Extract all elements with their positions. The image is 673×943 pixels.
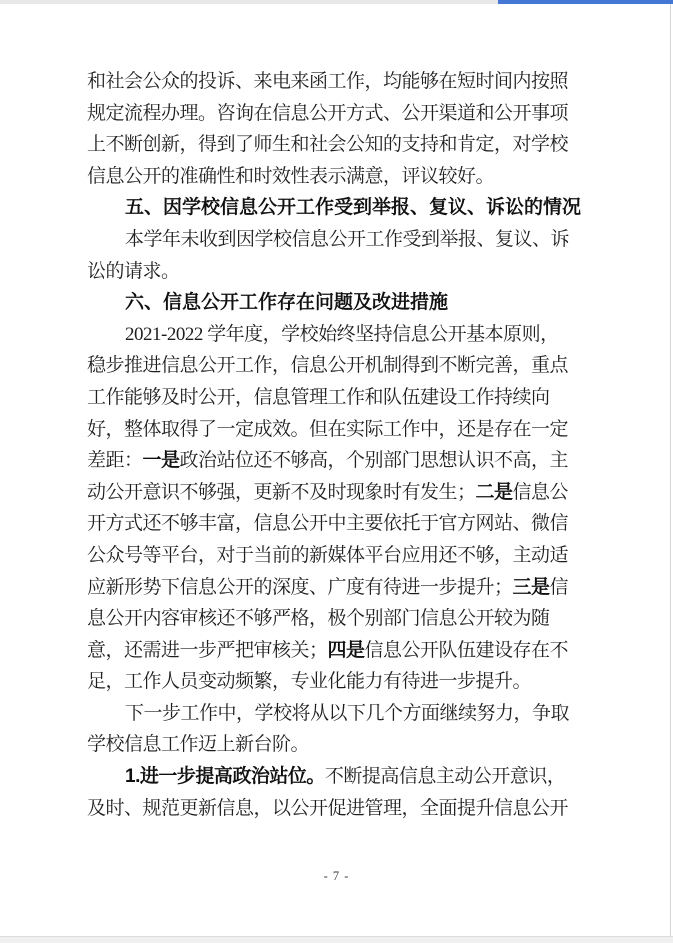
bold-text-run: 六、信息公开工作存在问题及改进措施 bbox=[125, 292, 448, 313]
viewer-bottom-strip bbox=[0, 936, 673, 943]
text-run: 学校信息工作迈上新台阶。 bbox=[87, 734, 309, 755]
text-run: 规定流程办理。咨询在信息公开方式、公开渠道和公开事项 bbox=[87, 103, 568, 124]
text-run: 信 bbox=[550, 577, 569, 598]
text-run: 开方式还不够丰富，信息公开中主要依托于官方网站、微信 bbox=[87, 513, 568, 534]
text-run: 信息公 bbox=[513, 482, 569, 503]
text-line: 2021-2022 学年度，学校始终坚持信息公开基本原则， bbox=[87, 319, 603, 351]
text-run: 2021-2022 学年度，学校始终坚持信息公开基本原则， bbox=[125, 324, 559, 345]
top-divider-track bbox=[0, 0, 498, 4]
text-run: 和社会公众的投诉、来电来函工作，均能够在短时间内按照 bbox=[87, 71, 568, 92]
text-line: 稳步推进信息公开工作，信息公开机制得到不断完善，重点 bbox=[87, 350, 603, 382]
text-run: 公众号等平台，对于当前的新媒体平台应用还不够，主动适 bbox=[87, 545, 568, 566]
text-line: 讼的请求。 bbox=[87, 256, 603, 288]
text-line: 信息公开的准确性和时效性表示满意，评议较好。 bbox=[87, 161, 603, 193]
text-line: 公众号等平台，对于当前的新媒体平台应用还不够，主动适 bbox=[87, 540, 603, 572]
text-line: 学校信息工作迈上新台阶。 bbox=[87, 729, 603, 761]
text-line: 规定流程办理。咨询在信息公开方式、公开渠道和公开事项 bbox=[87, 98, 603, 130]
text-run: 好，整体取得了一定成效。但在实际工作中，还是存在一定 bbox=[87, 419, 568, 440]
text-line: 上不断创新，得到了师生和社会公知的支持和肯定，对学校 bbox=[87, 129, 603, 161]
text-run: 工作能够及时公开，信息管理工作和队伍建设工作持续向 bbox=[87, 387, 550, 408]
text-line: 意，还需进一步严把审核关；四是信息公开队伍建设存在不 bbox=[87, 635, 603, 667]
bold-text-run: 1.进一步提高政治站位。 bbox=[125, 766, 325, 787]
text-line: 本学年未收到因学校信息公开工作受到举报、复议、诉 bbox=[87, 224, 603, 256]
document-body: 和社会公众的投诉、来电来函工作，均能够在短时间内按照规定流程办理。咨询在信息公开… bbox=[87, 66, 603, 824]
text-line: 足，工作人员变动频繁，专业化能力有待进一步提升。 bbox=[87, 666, 603, 698]
text-run: 及时、规范更新信息，以公开促进管理，全面提升信息公开 bbox=[87, 798, 568, 819]
text-line: 动公开意识不够强，更新不及时现象时有发生；二是信息公 bbox=[87, 477, 603, 509]
text-run: 息公开内容审核还不够严格，极个别部门信息公开较为随 bbox=[87, 608, 550, 629]
bold-text-run: 五、因学校信息公开工作受到举报、复议、诉讼的情况 bbox=[125, 197, 581, 218]
text-line: 及时、规范更新信息，以公开促进管理，全面提升信息公开 bbox=[87, 793, 603, 825]
text-run: 应新形势下信息公开的深度、广度有待进一步提升； bbox=[87, 577, 513, 598]
top-divider-progress bbox=[498, 0, 673, 4]
text-line: 息公开内容审核还不够严格，极个别部门信息公开较为随 bbox=[87, 603, 603, 635]
text-line: 差距：一是政治站位还不够高，个别部门思想认识不高，主 bbox=[87, 445, 603, 477]
text-run: 上不断创新，得到了师生和社会公知的支持和肯定，对学校 bbox=[87, 134, 568, 155]
text-run: 差距： bbox=[87, 450, 143, 471]
bold-text-run: 三是 bbox=[513, 577, 550, 598]
text-run: 本学年未收到因学校信息公开工作受到举报、复议、诉 bbox=[125, 229, 569, 250]
text-line: 开方式还不够丰富，信息公开中主要依托于官方网站、微信 bbox=[87, 508, 603, 540]
section-heading: 五、因学校信息公开工作受到举报、复议、诉讼的情况 bbox=[87, 192, 603, 224]
text-run: 政治站位还不够高，个别部门思想认识不高，主 bbox=[180, 450, 569, 471]
section-heading: 六、信息公开工作存在问题及改进措施 bbox=[87, 287, 603, 319]
text-run: 不断提高信息主动公开意识， bbox=[325, 766, 566, 787]
text-run: 足，工作人员变动频繁，专业化能力有待进一步提升。 bbox=[87, 671, 531, 692]
text-line: 和社会公众的投诉、来电来函工作，均能够在短时间内按照 bbox=[87, 66, 603, 98]
text-run: 信息公开的准确性和时效性表示满意，评议较好。 bbox=[87, 166, 494, 187]
text-line: 工作能够及时公开，信息管理工作和队伍建设工作持续向 bbox=[87, 382, 603, 414]
page-number: - 7 - bbox=[0, 869, 673, 884]
text-line: 1.进一步提高政治站位。不断提高信息主动公开意识， bbox=[87, 761, 603, 793]
page-right-edge bbox=[670, 4, 671, 943]
text-run: 下一步工作中，学校将从以下几个方面继续努力，争取 bbox=[125, 703, 569, 724]
text-line: 下一步工作中，学校将从以下几个方面继续努力，争取 bbox=[87, 698, 603, 730]
text-run: 动公开意识不够强，更新不及时现象时有发生； bbox=[87, 482, 476, 503]
text-run: 稳步推进信息公开工作，信息公开机制得到不断完善，重点 bbox=[87, 355, 568, 376]
text-run: 讼的请求。 bbox=[87, 261, 180, 282]
text-run: 信息公开队伍建设存在不 bbox=[365, 640, 569, 661]
text-line: 好，整体取得了一定成效。但在实际工作中，还是存在一定 bbox=[87, 414, 603, 446]
text-run: 意，还需进一步严把审核关； bbox=[87, 640, 328, 661]
bold-text-run: 二是 bbox=[476, 482, 513, 503]
text-line: 应新形势下信息公开的深度、广度有待进一步提升；三是信 bbox=[87, 572, 603, 604]
document-page: 和社会公众的投诉、来电来函工作，均能够在短时间内按照规定流程办理。咨询在信息公开… bbox=[0, 0, 673, 943]
bold-text-run: 一是 bbox=[143, 450, 180, 471]
bold-text-run: 四是 bbox=[328, 640, 365, 661]
